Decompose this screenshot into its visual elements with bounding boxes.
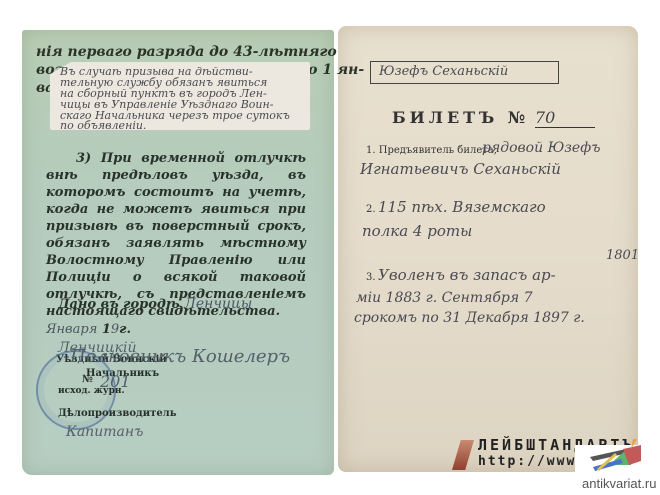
journal-label: исход. журн. bbox=[58, 386, 125, 396]
ticket-title-text: БИЛЕТЪ bbox=[392, 108, 498, 127]
given-label: Дано въ городѣ bbox=[58, 297, 180, 312]
field-3-margin-note: 1801 bbox=[606, 248, 639, 263]
clerk-title: Дѣлопроизводитель bbox=[58, 408, 177, 419]
section-3-number: 3) bbox=[46, 151, 91, 166]
field-1-value-1: рядовой Юзефъ bbox=[482, 140, 601, 156]
issue-date: Января 19г. bbox=[46, 322, 131, 337]
name-box: Юзефъ Сеханьскій bbox=[370, 61, 559, 84]
boxed-name: Юзефъ Сеханьскій bbox=[379, 64, 508, 79]
ticket-number-sign: № bbox=[508, 108, 525, 127]
section-3-text: При временной отлучкѣ внѣ предѣловъ уѣзд… bbox=[46, 151, 306, 319]
logo-line-2: http://www bbox=[478, 454, 576, 469]
field-3-value-3: срокомъ по 31 Декабря 1897 г. bbox=[354, 310, 585, 326]
date-month: Января bbox=[46, 322, 97, 337]
ticket-title: БИЛЕТЪ № 70 bbox=[392, 108, 595, 128]
right-page bbox=[338, 26, 638, 472]
section-3: 3) При временной отлучкѣ внѣ предѣловъ у… bbox=[46, 150, 306, 320]
printed-line-1: нія перваго разряда до 43-лѣтняго bbox=[36, 43, 337, 61]
date-year-suffix: г. bbox=[119, 322, 131, 337]
given-in-city: Дано въ городѣ Ленчицы bbox=[58, 296, 252, 312]
antikvariat-logo-icon bbox=[585, 439, 645, 474]
antikvariat-site: antikvariat.ru bbox=[582, 476, 656, 491]
given-city-value: Ленчицы bbox=[184, 296, 252, 312]
field-1-label: 1. Предъявитель билета, bbox=[366, 145, 497, 156]
field-3-value-1: Уволенъ въ запасъ ар- bbox=[378, 266, 556, 284]
pasted-note: Въ случаѣ призыва на дѣйстви- тельную сл… bbox=[50, 62, 310, 130]
field-3-value-2: міи 1883 г. Сентября 7 bbox=[356, 290, 533, 306]
clerk-signature: Капитанъ bbox=[66, 424, 143, 440]
number-sign: № bbox=[82, 374, 93, 385]
field-3-label: 3. bbox=[366, 272, 376, 283]
field-1-value-2: Игнатьевичъ Сеханьскій bbox=[360, 160, 561, 178]
field-2-label: 2. bbox=[366, 204, 376, 215]
ticket-number: 70 bbox=[535, 108, 595, 128]
officer-signature: Полковникъ Кошелеръ bbox=[70, 346, 330, 367]
field-2-value-2: полка 4 роты bbox=[362, 222, 472, 240]
field-2-value-1: 115 пѣх. Вяземскаго bbox=[378, 198, 546, 216]
date-year-prefix: 1 bbox=[102, 322, 111, 337]
